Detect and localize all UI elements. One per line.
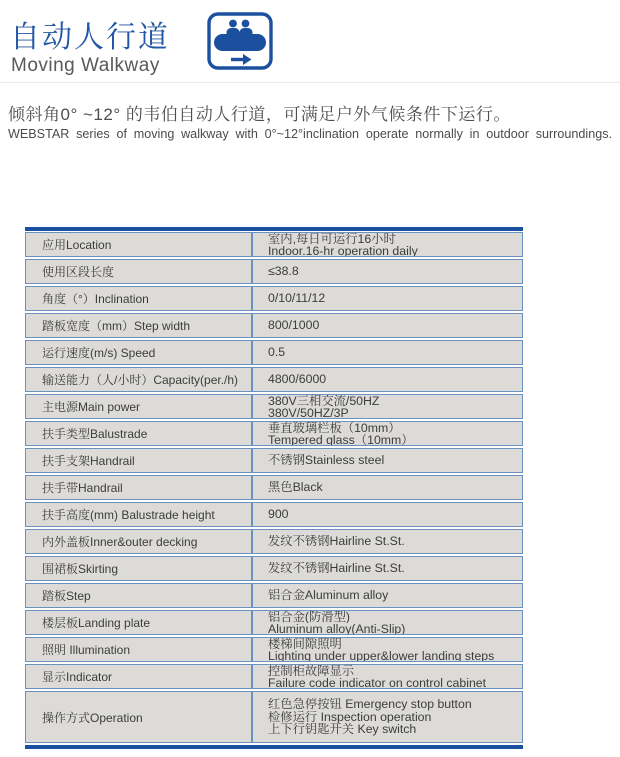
spec-value: 楼梯间隙照明Lighting under upper&lower landing…: [251, 638, 522, 661]
spec-value: 铝合金Aluminum alloy: [251, 584, 522, 607]
spec-value: 发纹不锈钢Hairline St.St.: [251, 557, 522, 580]
spec-rows: 应用Location 室内,每日可运行16小时Indoor.16-hr oper…: [25, 232, 523, 743]
spec-row: 使用区段长度 ≤38.8: [25, 259, 523, 284]
spec-value-line: 380V三相交流/50HZ: [268, 395, 522, 407]
spec-table: 应用Location 室内,每日可运行16小时Indoor.16-hr oper…: [25, 227, 523, 749]
spec-value-line: Failure code indicator on control cabine…: [268, 677, 522, 689]
spec-value-line: 不锈钢Stainless steel: [268, 454, 522, 467]
spec-label: 显示Indicator: [26, 665, 251, 688]
spec-row: 踏板宽度（mm）Step width 800/1000: [25, 313, 523, 338]
spec-value-line: 发纹不锈钢Hairline St.St.: [268, 535, 522, 548]
spec-label: 操作方式Operation: [26, 692, 251, 742]
spec-value: 0/10/11/12: [251, 287, 522, 310]
spec-value-line: Indoor.16-hr operation daily: [268, 245, 522, 257]
spec-value: 黑色Black: [251, 476, 522, 499]
spec-label: 踏板Step: [26, 584, 251, 607]
spec-value-line: 黑色Black: [268, 481, 522, 494]
spec-value-line: 发纹不锈钢Hairline St.St.: [268, 562, 522, 575]
spec-label: 照明 Illumination: [26, 638, 251, 661]
spec-label: 主电源Main power: [26, 395, 251, 418]
spec-row: 扶手类型Balustrade 垂直玻璃栏板（10mm）Tempered glas…: [25, 421, 523, 446]
spec-value-line: 控制柜故障显示: [268, 665, 522, 677]
spec-value: 发纹不锈钢Hairline St.St.: [251, 530, 522, 553]
spec-value-line: 铝合金Aluminum alloy: [268, 589, 522, 602]
spec-row: 扶手支架Handrail 不锈钢Stainless steel: [25, 448, 523, 473]
spec-value-line: 380V/50HZ/3P: [268, 407, 522, 419]
spec-row: 运行速度(m/s) Speed 0.5: [25, 340, 523, 365]
spec-value: 380V三相交流/50HZ380V/50HZ/3P: [251, 395, 522, 418]
spec-row: 应用Location 室内,每日可运行16小时Indoor.16-hr oper…: [25, 232, 523, 257]
spec-row: 角度（°）Inclination 0/10/11/12: [25, 286, 523, 311]
spec-label: 楼层板Landing plate: [26, 611, 251, 634]
spec-value: 室内,每日可运行16小时Indoor.16-hr operation daily: [251, 233, 522, 256]
spec-label: 扶手带Handrail: [26, 476, 251, 499]
spec-value-line: 0.5: [268, 346, 522, 359]
spec-label: 使用区段长度: [26, 260, 251, 283]
spec-value-line: 检修运行 Inspection operation: [268, 711, 522, 724]
moving-walkway-icon: [207, 12, 273, 70]
spec-value-line: 上下行钥匙开关 Key switch: [268, 723, 522, 736]
spec-label: 扶手类型Balustrade: [26, 422, 251, 445]
spec-row: 扶手带Handrail 黑色Black: [25, 475, 523, 500]
page-title-zh: 自动人行道: [10, 12, 170, 56]
spec-row: 踏板Step 铝合金Aluminum alloy: [25, 583, 523, 608]
spec-value-line: 楼梯间隙照明: [268, 638, 522, 650]
spec-value: 4800/6000: [251, 368, 522, 391]
spec-value: 不锈钢Stainless steel: [251, 449, 522, 472]
page-title-en: Moving Walkway: [11, 55, 160, 77]
spec-value-line: Lighting under upper&lower landing steps: [268, 650, 522, 662]
spec-label: 应用Location: [26, 233, 251, 256]
spec-label: 内外盖板Inner&outer decking: [26, 530, 251, 553]
spec-label: 运行速度(m/s) Speed: [26, 341, 251, 364]
spec-row: 显示Indicator 控制柜故障显示Failure code indicato…: [25, 664, 523, 689]
spec-row: 扶手高度(mm) Balustrade height 900: [25, 502, 523, 527]
spec-row: 操作方式Operation 红色急停按钮 Emergency stop butt…: [25, 691, 523, 743]
spec-row: 楼层板Landing plate 铝合金(防滑型)Aluminum alloy(…: [25, 610, 523, 635]
header-divider: [0, 82, 620, 83]
spec-row: 围裙板Skirting 发纹不锈钢Hairline St.St.: [25, 556, 523, 581]
spec-value-line: 铝合金(防滑型): [268, 611, 522, 623]
spec-label: 围裙板Skirting: [26, 557, 251, 580]
spec-value: ≤38.8: [251, 260, 522, 283]
spec-value: 垂直玻璃栏板（10mm）Tempered glass（10mm）: [251, 422, 522, 445]
spec-label: 扶手高度(mm) Balustrade height: [26, 503, 251, 526]
table-bottom-bar: [25, 745, 523, 749]
spec-value-line: 0/10/11/12: [268, 292, 522, 305]
spec-value: 铝合金(防滑型)Aluminum alloy(Anti-Slip): [251, 611, 522, 634]
spec-value-line: 室内,每日可运行16小时: [268, 233, 522, 245]
spec-value-line: 红色急停按钮 Emergency stop button: [268, 698, 522, 711]
spec-value-line: 900: [268, 508, 522, 521]
table-top-bar: [25, 227, 523, 231]
intro-text-zh: 倾斜角0° ~12° 的韦伯自动人行道，可满足户外气候条件下运行。: [8, 100, 614, 125]
spec-value: 800/1000: [251, 314, 522, 337]
spec-label: 扶手支架Handrail: [26, 449, 251, 472]
spec-label: 角度（°）Inclination: [26, 287, 251, 310]
spec-value: 900: [251, 503, 522, 526]
spec-value-line: ≤38.8: [268, 265, 522, 278]
intro-text-en: WEBSTAR series of moving walkway with 0°…: [8, 127, 612, 141]
spec-row: 主电源Main power 380V三相交流/50HZ380V/50HZ/3P: [25, 394, 523, 419]
spec-row: 输送能力（人/小时）Capacity(per./h) 4800/6000: [25, 367, 523, 392]
spec-value-line: 4800/6000: [268, 373, 522, 386]
spec-label: 踏板宽度（mm）Step width: [26, 314, 251, 337]
spec-value: 控制柜故障显示Failure code indicator on control…: [251, 665, 522, 688]
spec-value: 0.5: [251, 341, 522, 364]
spec-value-line: 垂直玻璃栏板（10mm）: [268, 422, 522, 434]
spec-label: 输送能力（人/小时）Capacity(per./h): [26, 368, 251, 391]
spec-value-line: Tempered glass（10mm）: [268, 434, 522, 446]
spec-row: 内外盖板Inner&outer decking 发纹不锈钢Hairline St…: [25, 529, 523, 554]
spec-value: 红色急停按钮 Emergency stop button检修运行 Inspect…: [251, 692, 522, 742]
spec-value-line: Aluminum alloy(Anti-Slip): [268, 623, 522, 635]
spec-value-line: 800/1000: [268, 319, 522, 332]
spec-row: 照明 Illumination 楼梯间隙照明Lighting under upp…: [25, 637, 523, 662]
